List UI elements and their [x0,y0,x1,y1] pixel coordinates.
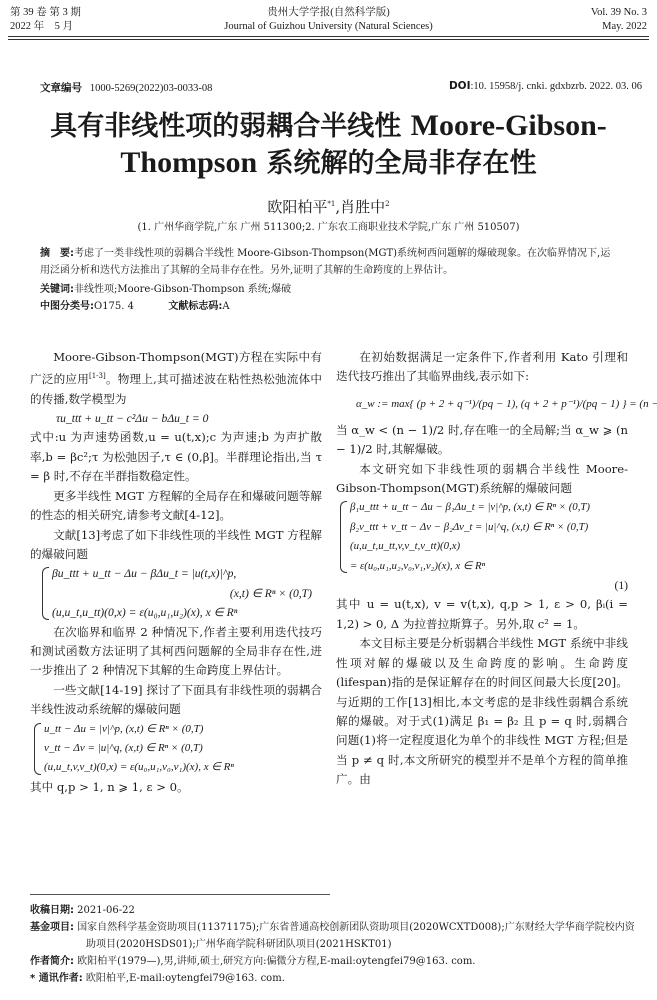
paper-title-line2: Thompson 系统解的全局非存在性 [0,145,657,182]
equation-line: = ε(u₀,u₁,u₂,v₀,v₁,v₂)(x), x ∈ Rⁿ [350,557,628,576]
abstract-label: 摘 要: [40,248,74,259]
paragraph: 更多半线性 MGT 方程解的全局存在和爆破问题等解的性态的相关研究,请参考文献[… [30,487,322,526]
fund-label: 基金项目: [30,922,74,933]
author-2: ,肖胜中 [335,198,385,216]
doi: DOI:10. 15958/j. cnki. gdxbzrb. 2022. 03… [449,80,642,92]
footnote-rule [30,894,330,895]
footnote-received: 收稿日期: 2021-06-22 [30,902,637,919]
article-number-value: 1000-5269(2022)03-0033-08 [90,83,212,94]
footnote-bio: 作者简介: 欧阳柏平(1979—),男,讲师,硕士,研究方向:偏微分方程,E-m… [30,953,637,970]
footnote-fund: 基金项目: 国家自然科学基金资助项目(11371175);广东省普通高校创新团队… [30,919,637,953]
keywords: 关键词:非线性项;Moore-Gibson-Thompson 系统;爆破 [40,281,617,298]
paragraph: Moore-Gibson-Thompson(MGT)方程在实际中有广泛的应用[1… [30,348,322,409]
keywords-label: 关键词: [40,284,74,295]
equation-line: β₁u_ttt + u_tt − Δu − β₁Δu_t = |v|^p, (x… [350,498,628,517]
equation-line: (u,u_t,u_tt,v,v_t,v_tt)(0,x) [350,537,628,556]
doi-label: DOI [449,80,471,92]
equation-critical-curve: α_w := max{ (p + 2 + q⁻¹)/(pq − 1), (q +… [336,387,628,421]
equation-system-mgt: βu_ttt + u_tt − Δu − βΔu_t = |u(t,x)|^p,… [38,564,322,622]
paragraph: 其中 q,p > 1, n ⩾ 1, ε > 0。 [30,778,322,797]
abstract: 摘 要:考虑了一类非线性项的弱耦合半线性 Moore-Gibson-Thomps… [40,245,617,279]
paragraph: 在次临界和临界 2 种情况下,作者主要利用迭代技巧和测试函数方法证明了其柯西问题… [30,623,322,681]
article-number: 文章编号 1000-5269(2022)03-0033-08 [40,80,212,95]
paragraph: 式中:u 为声速势函数,u = u(t,x);c 为声速;b 为声扩散率,b =… [30,428,322,486]
equation-line: u_tt − Δu = |v|^p, (x,t) ∈ Rⁿ × (0,T) [44,720,322,739]
corresponding-text: 欧阳柏平,E-mail:oytengfei79@163. com. [83,973,285,984]
equation-line: β₂v_ttt + v_tt − Δv − β₂Δv_t = |u|^q, (x… [350,518,628,537]
header-rule-thick [8,36,649,37]
bio-label: 作者简介: [30,956,74,967]
clc-label: 中图分类号: [40,301,94,312]
equation-number: (1) [336,576,628,595]
authors: 欧阳柏平*1,肖胜中2 [0,196,657,217]
author-2-mark: 2 [385,200,389,208]
paper-title-line1: 具有非线性项的弱耦合半线性 Moore-Gibson- [0,108,657,145]
equation-mgt: τu_ttt + u_tt − c²Δu − bΔu_t = 0 [30,409,322,428]
paragraph: 其中 u = u(t,x), v = v(t,x), q,p > 1, ε > … [336,595,628,634]
affiliations: (1. 广州华商学院,广东 广州 511300;2. 广东农工商职业技术学院,广… [0,218,657,233]
title-en-part: Moore-Gibson- [411,109,607,142]
doi-value: :10. 15958/j. cnki. gdxbzrb. 2022. 03. 0… [471,81,643,92]
title-cn-part: 具有非线性项的弱耦合半线性 [50,111,410,142]
paragraph: 当 α_w < (n − 1)/2 时,存在唯一的全局解;当 α_w ⩾ (n … [336,421,628,460]
equation-line: (u,u_t,v,v_t)(0,x) = ε(u₀,u₁,v₀,v₁)(x), … [44,758,322,777]
received-label: 收稿日期: [30,905,74,916]
clc-value: O175. 4 [94,301,134,312]
title-en-part: Thompson [120,146,257,179]
keywords-text: 非线性项;Moore-Gibson-Thompson 系统;爆破 [74,284,291,295]
article-number-label: 文章编号 [40,82,82,94]
equation-system-1: β₁u_ttt + u_tt − Δu − β₁Δu_t = |v|^p, (x… [336,498,628,576]
header-rule-thin [8,39,649,40]
paragraph: 文献[13]考虑了如下非线性项的半线性 MGT 方程解的爆破问题 [30,526,322,565]
bio-text: 欧阳柏平(1979—),男,讲师,硕士,研究方向:偏微分方程,E-mail:oy… [74,956,475,967]
corresponding-label: * 通讯作者: [30,973,83,984]
volume-issue-en: Vol. 39 No. 3 [591,6,647,20]
paragraph: 本文目标主要是分析弱耦合半线性 MGT 系统中非线性项对解的爆破以及生命跨度的影… [336,634,628,789]
equation-line: (x,t) ∈ Rⁿ × (0,T) [52,584,322,603]
author-1: 欧阳柏平 [267,198,327,216]
paragraph: 一些文献[14-19] 探讨了下面具有非线性项的弱耦合半线性波动系统解的爆破问题 [30,681,322,720]
paragraph: 本文研究如下非线性项的弱耦合半线性 Moore-Gibson-Thompson(… [336,460,628,499]
date-en: May. 2022 [602,20,647,34]
journal-title-cn: 贵州大学学报(自然科学版) [0,6,657,20]
equation-line: (u,u_t,u_tt)(0,x) = ε(u₀,u₁,u₂)(x), x ∈ … [52,603,322,622]
doc-code-value: A [222,301,229,312]
classification: 中图分类号:O175. 4 文献标志码:A [40,298,617,315]
received-date: 2021-06-22 [74,905,135,916]
journal-title-en: Journal of Guizhou University (Natural S… [0,20,657,34]
equation-line: v_tt − Δv = |u|^q, (x,t) ∈ Rⁿ × (0,T) [44,739,322,758]
doc-code-label: 文献标志码: [168,301,222,312]
paragraph: 在初始数据满足一定条件下,作者利用 Kato 引理和迭代技巧推出了其临界曲线,表… [336,348,628,387]
left-column: Moore-Gibson-Thompson(MGT)方程在实际中有广泛的应用[1… [30,348,322,797]
abstract-text: 考虑了一类非线性项的弱耦合半线性 Moore-Gibson-Thompson(M… [40,248,610,276]
fund-text: 国家自然科学基金资助项目(11371175);广东省普通高校创新团队资助项目(2… [74,922,635,950]
equation-system-wave: u_tt − Δu = |v|^p, (x,t) ∈ Rⁿ × (0,T) v_… [30,720,322,778]
title-cn-part: 系统解的全局非存在性 [257,148,536,179]
footnote-corresponding: * 通讯作者: 欧阳柏平,E-mail:oytengfei79@163. com… [30,970,637,987]
equation-line: βu_ttt + u_tt − Δu − βΔu_t = |u(t,x)|^p, [52,564,322,583]
right-column: 在初始数据满足一定条件下,作者利用 Kato 引理和迭代技巧推出了其临界曲线,表… [336,348,628,790]
